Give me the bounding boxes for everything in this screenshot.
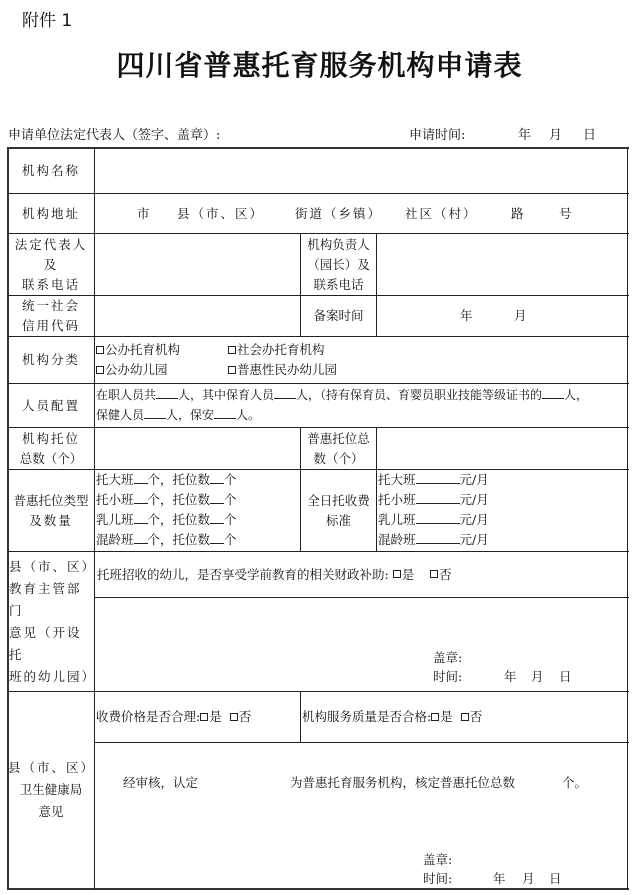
inclusive-slots-label: 普惠托位总 数（个） bbox=[301, 428, 376, 469]
attachment-label: 附件 1 bbox=[22, 6, 72, 31]
edu-opinion-label-line: 班的幼儿园） bbox=[9, 666, 94, 688]
filing-time-field[interactable]: 年 月 bbox=[377, 296, 627, 336]
service-quality-text: 机构服务质量是否合格: bbox=[302, 709, 431, 724]
slot-type-row: 混龄班个，托位数个 bbox=[96, 530, 237, 550]
health-opinion-label: 县（市、区） 卫生健康局 意见 bbox=[8, 692, 94, 888]
certified-blank[interactable] bbox=[542, 386, 564, 399]
class-count-blank[interactable] bbox=[134, 471, 148, 484]
credit-code-field[interactable] bbox=[95, 296, 303, 336]
org-head-label-line3: 联系电话 bbox=[313, 275, 363, 295]
apply-year-label: 年 bbox=[518, 124, 531, 143]
credit-code-label-line1: 统一社会 bbox=[22, 296, 80, 316]
edu-subsidy-no-option[interactable]: 否 bbox=[430, 567, 452, 582]
checkbox-icon[interactable] bbox=[228, 366, 236, 374]
apply-time-label: 申请时间: bbox=[409, 124, 465, 143]
edu-time-label: 时间: bbox=[433, 667, 462, 687]
health-seal-label: 盖章: bbox=[423, 850, 452, 870]
applicant-signature-label: 申请单位法定代表人（签字、盖章）: bbox=[8, 124, 220, 143]
approval-text-a: 经审核，认定 bbox=[123, 773, 198, 793]
apply-month-label: 月 bbox=[549, 124, 562, 143]
address-street: 街道（乡镇） bbox=[295, 204, 382, 224]
fee-row: 托小班元/月 bbox=[378, 490, 489, 510]
class-count-blank[interactable] bbox=[134, 491, 148, 504]
fee-standard-label: 全日托收费 标准 bbox=[301, 470, 376, 551]
class-count-blank[interactable] bbox=[134, 511, 148, 524]
slot-types-label: 普惠托位类型 及数量 bbox=[8, 470, 94, 551]
service-quality-no-option[interactable]: 否 bbox=[461, 709, 483, 724]
fee-standard-field: 托大班元/月 托小班元/月 乳儿班元/月 混龄班元/月 bbox=[377, 470, 627, 551]
address-county: 县（市、区） bbox=[177, 204, 264, 224]
health-staff-blank[interactable] bbox=[144, 406, 166, 419]
address-city: 市 bbox=[137, 204, 150, 224]
fee-standard-label-line2: 标准 bbox=[326, 511, 351, 531]
slot-count-blank[interactable] bbox=[210, 531, 224, 544]
edu-opinion-label-line: 意见（开设托 bbox=[9, 622, 94, 666]
slot-types-field: 托大班个，托位数个 托小班个，托位数个 乳儿班个，托位数个 混龄班个，托位数个 bbox=[95, 470, 300, 551]
fee-reasonable-yes-option[interactable]: 是 bbox=[200, 709, 222, 724]
legal-rep-label-line2: 联系电话 bbox=[22, 275, 80, 295]
fee-standard-label-line1: 全日托收费 bbox=[307, 491, 370, 511]
health-day-label: 日 bbox=[549, 869, 562, 889]
edu-opinion-label-line: 教育主管部门 bbox=[9, 578, 94, 622]
health-time-label: 时间: bbox=[423, 869, 452, 889]
edu-seal-label: 盖章: bbox=[433, 648, 462, 668]
approval-text-c: 个。 bbox=[562, 773, 587, 793]
inclusive-slots-field[interactable] bbox=[377, 428, 630, 469]
address-road: 路 bbox=[511, 204, 524, 224]
fee-reasonable-no-option[interactable]: 否 bbox=[230, 709, 252, 724]
slot-types-label-line1: 普惠托位类型 bbox=[13, 491, 88, 511]
org-type-option-social-nursery[interactable]: 社会办托育机构 bbox=[228, 340, 325, 360]
address-community: 社区（村） bbox=[405, 204, 478, 224]
fee-reasonable-text: 收费价格是否合理: bbox=[96, 709, 200, 724]
health-opinion-label-line: 卫生健康局 bbox=[20, 779, 83, 801]
service-quality-question: 机构服务质量是否合格:是 否 bbox=[301, 692, 627, 742]
slot-count-blank[interactable] bbox=[210, 511, 224, 524]
fee-reasonable-question: 收费价格是否合理:是 否 bbox=[95, 692, 300, 742]
apply-day-label: 日 bbox=[583, 124, 596, 143]
edu-subsidy-question: 托班招收的幼儿，是否享受学前教育的相关财政补助: 是 否 bbox=[95, 552, 627, 597]
total-slots-field[interactable] bbox=[95, 428, 303, 469]
org-address-field[interactable]: 市 县（市、区） 街道（乡镇） 社区（村） 路 号 bbox=[95, 194, 627, 233]
fee-row: 乳儿班元/月 bbox=[378, 510, 489, 530]
edu-subsidy-yes-option[interactable]: 是 bbox=[393, 567, 415, 582]
health-month-label: 月 bbox=[522, 869, 535, 889]
checkbox-icon[interactable] bbox=[461, 713, 469, 721]
address-number: 号 bbox=[559, 204, 572, 224]
checkbox-icon[interactable] bbox=[96, 366, 104, 374]
fee-row: 托大班元/月 bbox=[378, 470, 489, 490]
legal-rep-label: 法定代表人及 联系电话 bbox=[8, 234, 94, 295]
slot-type-row: 托大班个，托位数个 bbox=[96, 470, 237, 490]
legal-rep-field[interactable] bbox=[95, 234, 303, 295]
filing-year: 年 bbox=[460, 306, 473, 326]
staffing-label: 人员配置 bbox=[8, 384, 94, 427]
slot-count-blank[interactable] bbox=[210, 471, 224, 484]
health-opinion-field[interactable]: 经审核，认定 为普惠托育服务机构，核定普惠托位总数 个。 盖章: 时间: 年 月… bbox=[95, 743, 627, 888]
org-type-options: 公办托育机构 社会办托育机构 公办幼儿园 普惠性民办幼儿园 bbox=[95, 337, 627, 383]
total-staff-blank[interactable] bbox=[156, 386, 178, 399]
checkbox-icon[interactable] bbox=[431, 713, 439, 721]
slot-types-label-line2: 及数量 bbox=[29, 511, 73, 531]
total-slots-label-line2: 总数（个） bbox=[20, 449, 83, 469]
service-quality-yes-option[interactable]: 是 bbox=[431, 709, 453, 724]
health-year-label: 年 bbox=[493, 869, 506, 889]
org-type-option-public-kindergarten[interactable]: 公办幼儿园 bbox=[96, 360, 168, 380]
class-count-blank[interactable] bbox=[134, 531, 148, 544]
staffing-field: 在职人员共人，其中保育人员人，（持有保育员、育婴员职业技能等级证书的人， 保健人… bbox=[95, 384, 627, 427]
health-opinion-label-line: 意见 bbox=[38, 801, 63, 823]
org-address-label: 机构地址 bbox=[8, 194, 94, 233]
caregiver-blank[interactable] bbox=[274, 386, 296, 399]
filing-month: 月 bbox=[514, 306, 527, 326]
org-type-option-private-kindergarten[interactable]: 普惠性民办幼儿园 bbox=[228, 360, 337, 380]
org-head-field[interactable] bbox=[377, 234, 630, 295]
checkbox-icon[interactable] bbox=[96, 346, 104, 354]
approval-text-b: 为普惠托育服务机构，核定普惠托位总数 bbox=[290, 773, 515, 793]
edu-opinion-label-line: 县（市、区） bbox=[9, 556, 94, 578]
total-slots-label-line1: 机构托位 bbox=[22, 429, 80, 449]
total-slots-label: 机构托位 总数（个） bbox=[8, 428, 94, 469]
filing-time-label: 备案时间 bbox=[301, 296, 376, 336]
edu-opinion-label: 县（市、区） 教育主管部门 意见（开设托 班的幼儿园） bbox=[9, 552, 94, 691]
checkbox-icon[interactable] bbox=[200, 713, 208, 721]
edu-year-label: 年 bbox=[504, 667, 517, 687]
security-blank[interactable] bbox=[214, 406, 236, 419]
edu-subsidy-question-text: 托班招收的幼儿，是否享受学前教育的相关财政补助: bbox=[97, 567, 389, 582]
credit-code-label: 统一社会 信用代码 bbox=[8, 296, 94, 336]
org-head-label-line2: （园长）及 bbox=[307, 255, 370, 275]
org-head-label-line1: 机构负责人 bbox=[307, 235, 370, 255]
fee-blank[interactable] bbox=[416, 511, 460, 524]
credit-code-label-line2: 信用代码 bbox=[22, 316, 80, 336]
fee-blank[interactable] bbox=[416, 531, 460, 544]
slot-type-row: 乳儿班个，托位数个 bbox=[96, 510, 237, 530]
staffing-line1: 在职人员共人，其中保育人员人，（持有保育员、育婴员职业技能等级证书的人， bbox=[96, 385, 588, 405]
checkbox-icon[interactable] bbox=[230, 713, 238, 721]
page-title: 四川省普惠托育服务机构申请表 bbox=[0, 44, 639, 84]
checkbox-icon[interactable] bbox=[393, 570, 401, 578]
org-type-label: 机构分类 bbox=[8, 337, 94, 383]
checkbox-icon[interactable] bbox=[430, 570, 438, 578]
staffing-line2: 保健人员人，保安人。 bbox=[96, 405, 260, 425]
fee-blank[interactable] bbox=[416, 491, 460, 504]
fee-blank[interactable] bbox=[416, 471, 460, 484]
org-name-field[interactable] bbox=[95, 148, 630, 193]
fee-row: 混龄班元/月 bbox=[378, 530, 489, 550]
org-type-option-public-nursery[interactable]: 公办托育机构 bbox=[96, 340, 180, 360]
legal-rep-label-line1: 法定代表人及 bbox=[8, 235, 94, 275]
edu-opinion-field[interactable]: 盖章: 时间: 年 月 日 bbox=[95, 598, 627, 691]
checkbox-icon[interactable] bbox=[228, 346, 236, 354]
slot-count-blank[interactable] bbox=[210, 491, 224, 504]
slot-type-row: 托小班个，托位数个 bbox=[96, 490, 237, 510]
inclusive-slots-label-line2: 数（个） bbox=[313, 449, 363, 469]
edu-day-label: 日 bbox=[559, 667, 572, 687]
org-head-label: 机构负责人 （园长）及 联系电话 bbox=[301, 234, 376, 295]
org-name-label: 机构名称 bbox=[8, 148, 94, 193]
edu-month-label: 月 bbox=[531, 667, 544, 687]
health-opinion-label-line: 县（市、区） bbox=[8, 757, 94, 779]
inclusive-slots-label-line1: 普惠托位总 bbox=[307, 429, 370, 449]
